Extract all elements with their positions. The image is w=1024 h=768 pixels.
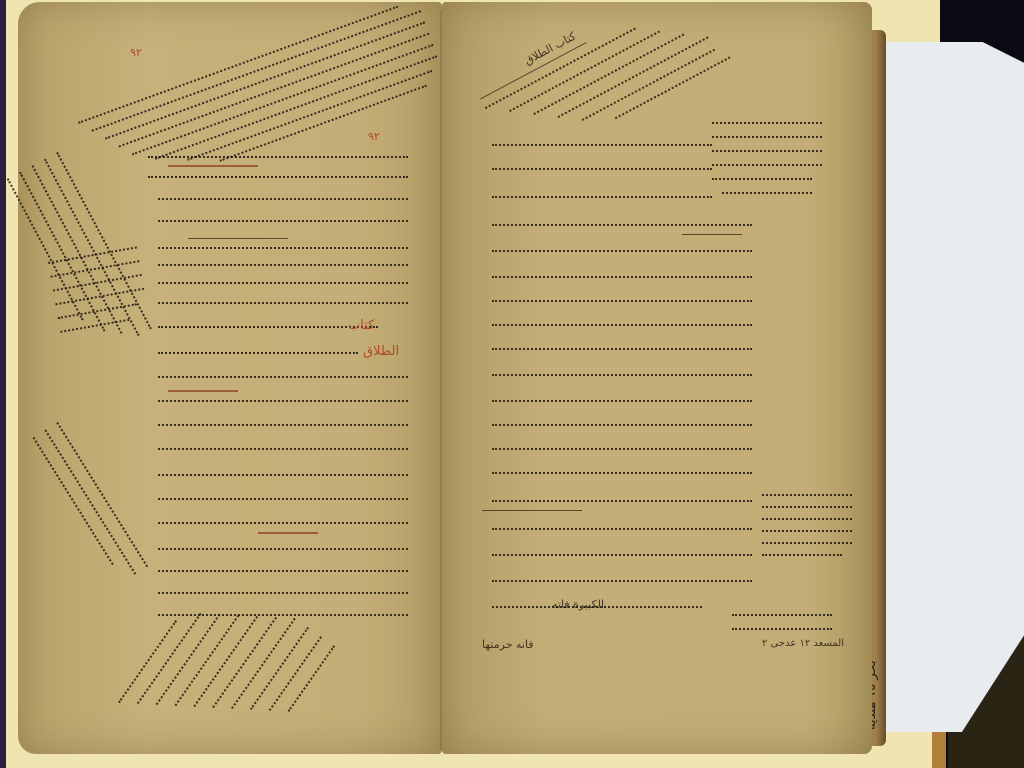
red-mark: ۹۲ (368, 130, 380, 143)
closing-text: الكبيرة فاته (552, 598, 604, 611)
chapter-heading-talaq: الطلاق (363, 344, 399, 359)
left-page: ۹۲ ۹۲ كتاب الطلاق (18, 2, 442, 754)
open-manuscript: ﺑﺤﺮ ١٥ ﻫﻨﺪﻳﻪ ۹۲ ۹۲ كتاب الطلاق (18, 2, 886, 754)
red-mark: ۹۲ (130, 46, 142, 59)
chapter-heading-kitab: كتاب (348, 318, 374, 333)
white-paper-leaf (886, 42, 1024, 732)
footer-note: فانه حرمتها (482, 638, 534, 651)
right-page: كتاب الطلاق الكبيرة فاته (442, 2, 872, 754)
